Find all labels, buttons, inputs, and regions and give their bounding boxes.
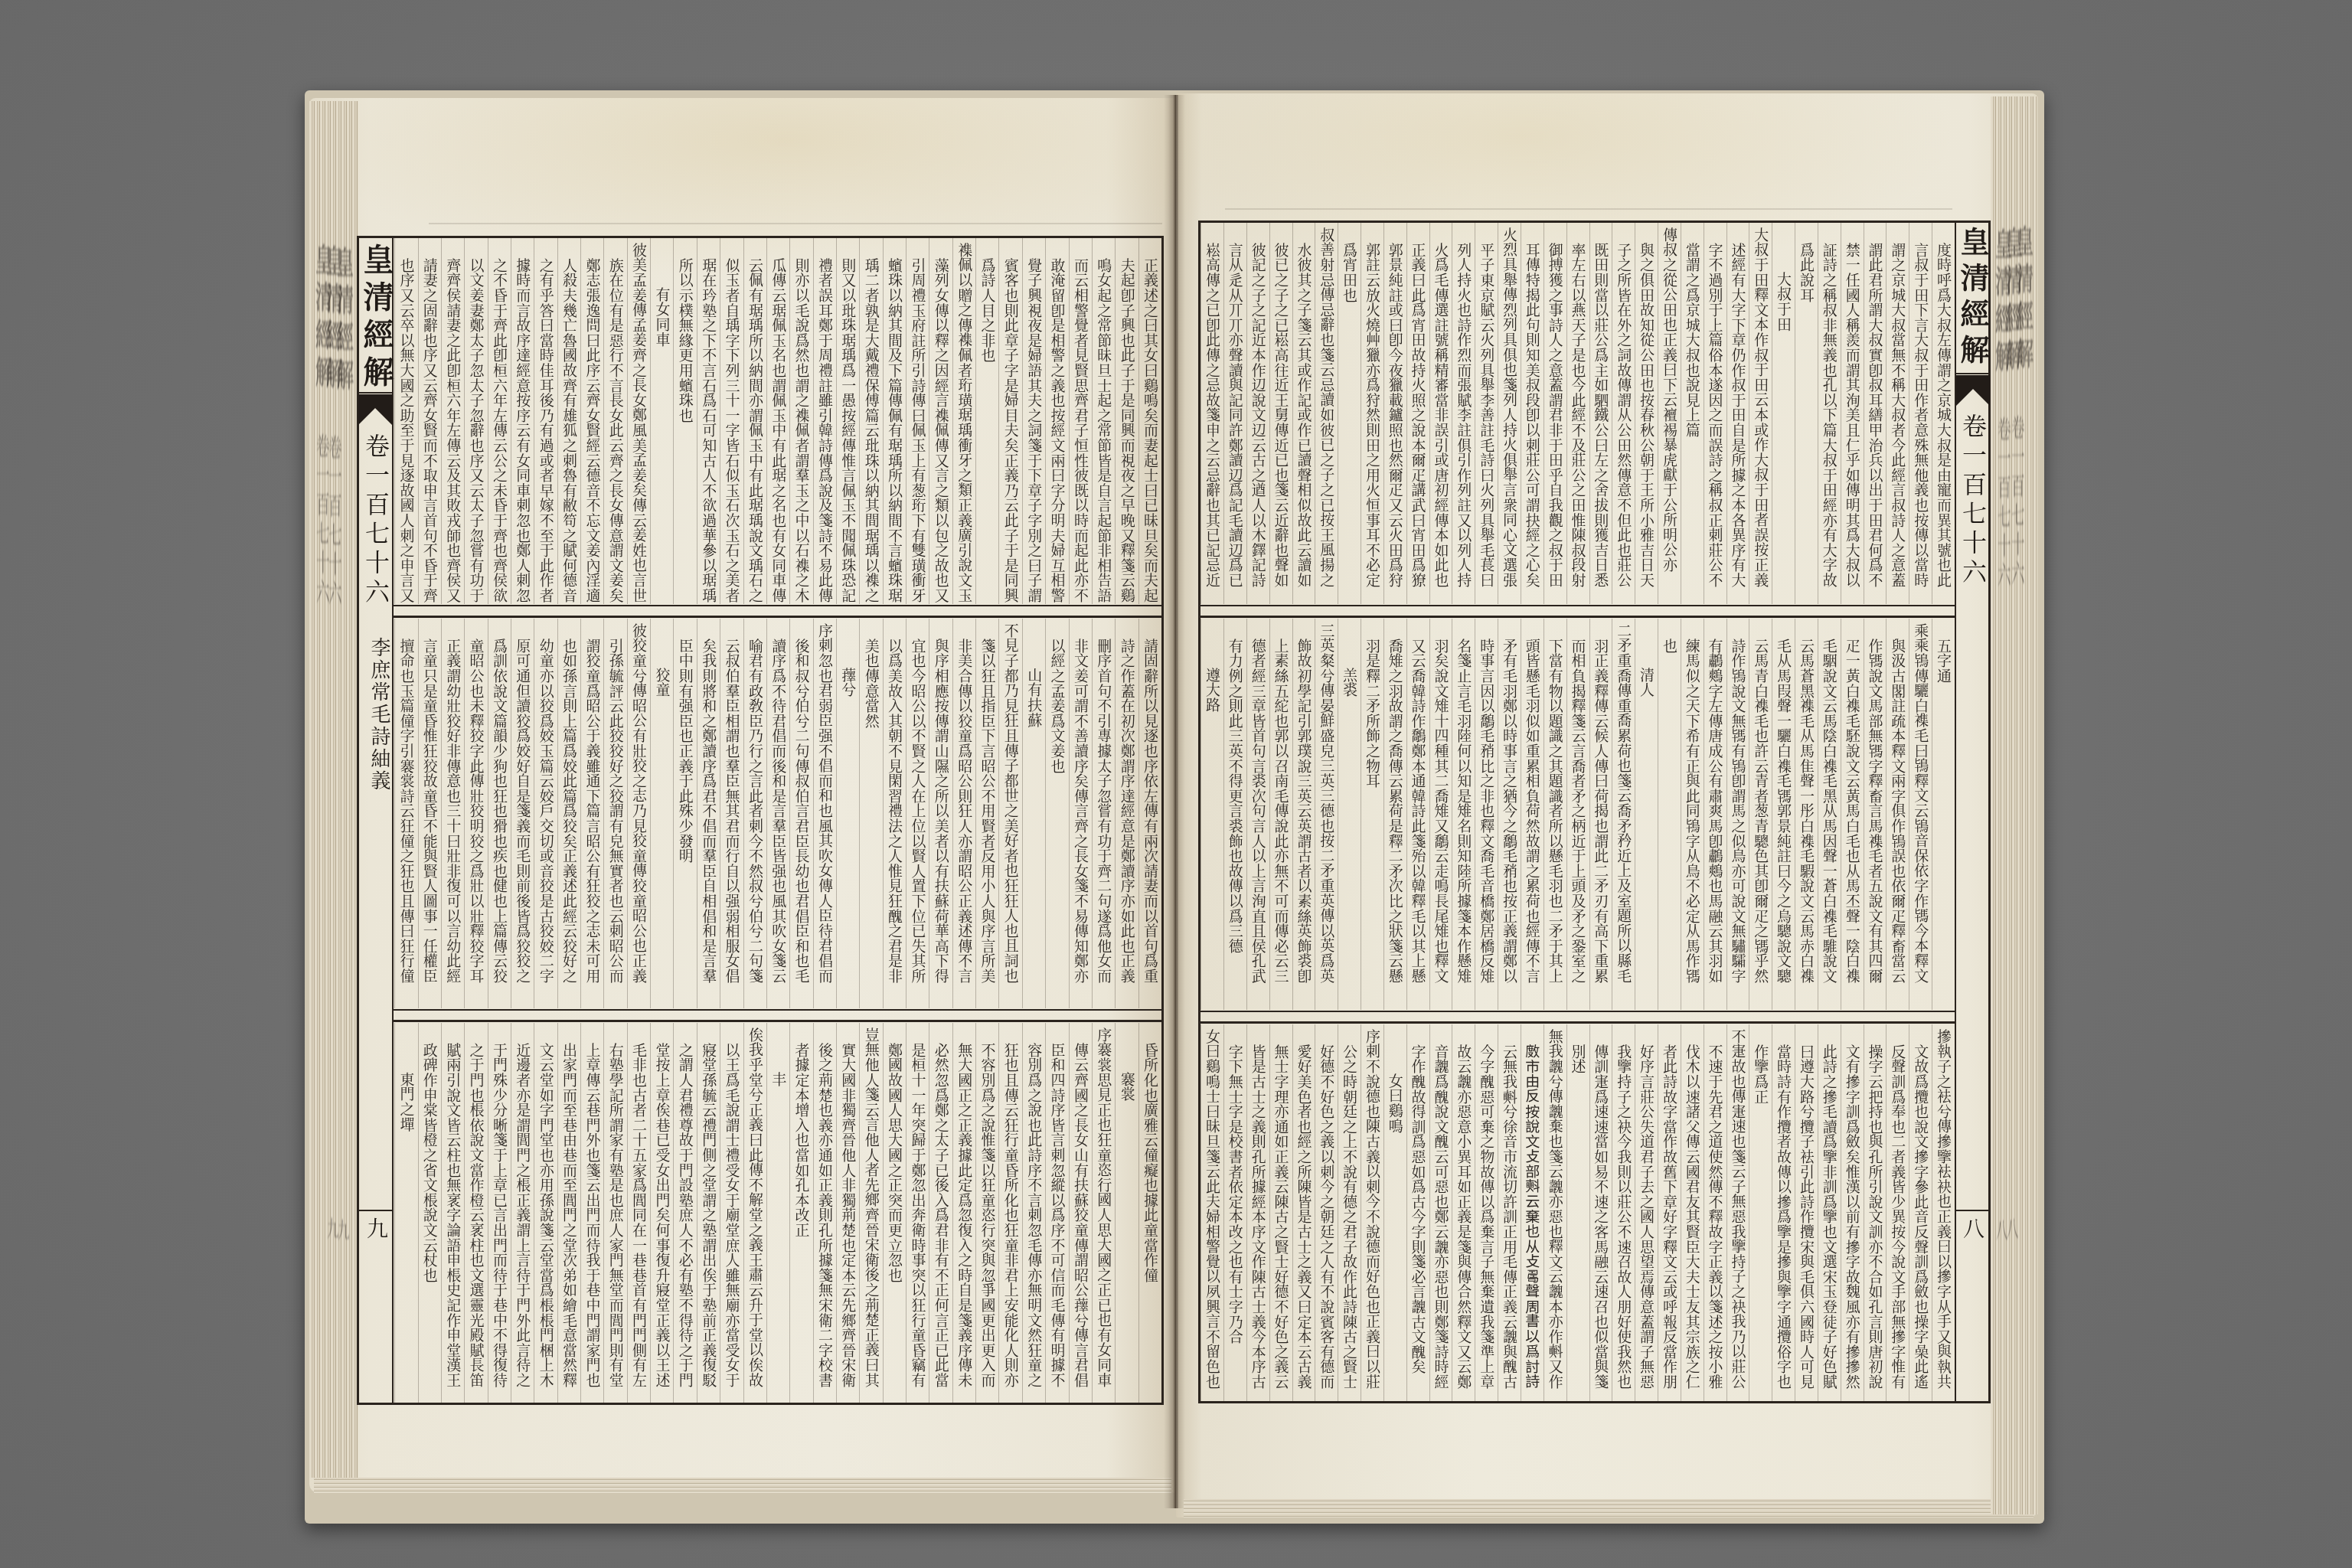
text-column: 曰遵大路兮攬子袪引此詩作攬宋與毛俱六國時人可見 bbox=[1795, 1024, 1818, 1401]
text-column: 藻列女傳以釋之因經言襍佩傳又言之類以包之故也又 bbox=[929, 238, 952, 604]
text-column: 當謂之爲京城大叔也說見上篇 bbox=[1681, 223, 1704, 604]
text-column: 郭註云放火燒艸獵亦爲狩然則田之用火恒事耳不必定 bbox=[1361, 223, 1383, 604]
text-column: 好序言莊公失道君子去之國人思望焉傳意蓋謂子無惡 bbox=[1635, 1024, 1658, 1401]
text-column: 與汲古閣註疏本釋文兩字俱作鴇誤也依爾疋釋畜當云 bbox=[1886, 619, 1909, 1010]
entry-column: 傳叔之從公田也正義曰下云襢裼暴虎獻于公所明公亦 bbox=[1658, 223, 1681, 604]
text-column: 容別爲之說也此詩序不言刺忽毛傳亦無明文然狂童之 bbox=[1022, 1023, 1045, 1403]
text-column: 據時而言故序達經意按序云有女同車刺忽也鄭人刺忽 bbox=[511, 238, 534, 604]
lower-register: 摻執子之袪兮傳摻擥袪袂也正義曰以摻字从手又與執共 文故爲攬也說文摻字參此音反聲訓… bbox=[1200, 1024, 1955, 1401]
text-column: 擅命也玉篇僮字引褰裳詩云狂僮之狂也且傳曰狂行僮 bbox=[394, 619, 417, 1008]
text-column: 請妻之固辭也序又云齊女賢而不取申言首句不昏于齊 bbox=[418, 238, 441, 604]
header-column-rule bbox=[1955, 220, 1956, 1403]
text-column: 皆是古士之義則孔所據經本序文作陳古士義今本序古 bbox=[1246, 1024, 1269, 1401]
text-column: 上章傳云巷門外也箋云出門而待我于巷中門謂家門也 bbox=[580, 1023, 603, 1403]
text-column: 既田則當以莊公爲主如駟鐵公曰左之舍拔則獲吉日悉 bbox=[1589, 223, 1612, 604]
text-column: 字下無士字是校書者依定本改之也有士字乃合 bbox=[1223, 1024, 1246, 1401]
text-column: 詩作鴇說文無駂有鴇卽謂馬之似鳥亦可說文無驌驦字 bbox=[1726, 619, 1749, 1010]
text-column: 非文姜可謂不善讀序矣傳言齊之長女箋不易傳知鄭亦 bbox=[1069, 619, 1092, 1008]
text-column: 德者經三章皆首句言裘次句言人以上言洵直且侯孔武 bbox=[1246, 619, 1269, 1010]
text-column: 近邊者亦是謂閭門之棖正義謂上言待于門外此言待之 bbox=[511, 1023, 534, 1403]
text-column: 上素絲五紽也郭以召南毛傳說此亦無不可而傳必云三 bbox=[1269, 619, 1292, 1010]
text-column: 彼已之子之已崧高往近王舅傳近已也箋云近辭也聲如 bbox=[1269, 223, 1292, 604]
text-column: 是桓十一年突歸于鄭忽出奔衛時事突以狂行童昏竊有 bbox=[906, 1023, 929, 1403]
spine-shadow bbox=[1168, 95, 1185, 1508]
text-column: 爲訓依說文篇韻少狗也狂也猾也疾也健也上篇傳云狡 bbox=[488, 619, 511, 1008]
entry-column: 女曰鷄鳴士曰昧旦箋云此夫婦相警覺以夙興言不留色也 bbox=[1200, 1024, 1223, 1401]
text-column: 作擥爲正 bbox=[1749, 1024, 1772, 1401]
page-number: 九 bbox=[365, 1217, 387, 1239]
entry-column: 不寁故也傳寁速也箋云子無惡我擥持子之袂我乃以莊公 bbox=[1726, 1024, 1749, 1401]
text-column: 覺子興視夜是婦語其夫之詞箋于下章子字別之曰子謂 bbox=[1022, 238, 1045, 604]
text-column: 矣我則將和之鄭讀序爲君不倡而羣臣自相倡和是言羣 bbox=[697, 619, 720, 1008]
text-column: 當時詩有作攬者故傳以摻爲擥是摻與擥字通攬俗字也 bbox=[1772, 1024, 1795, 1401]
text-column: 云無我㪺兮徐音市流切許訓正用毛傳正義云魗與醜古 bbox=[1498, 1024, 1521, 1401]
text-column: 右塾學記所謂家有塾是也庶人家門無堂而閭門則有堂 bbox=[603, 1023, 626, 1403]
text-column: 非美合傳以狡童爲昭公則狂人亦謂昭公正義述傳不言 bbox=[952, 619, 975, 1008]
text-column: 云馬蒼黑襍毛从馬隹聲一彤白襍毛騢說文云馬赤白襍 bbox=[1795, 619, 1818, 1010]
text-column: 寢堂孫毓云禮門側之堂謂之塾謂出俟于塾前正義復駁 bbox=[697, 1023, 720, 1403]
text-column: 則又以玭珠琚瑀爲一愚按經傳惟言佩玉不聞佩珠恐記 bbox=[836, 238, 859, 604]
middle-register: 請固辭所以見逐也序依左傳有兩次請妻而以首句爲重 詩之作蓋在初次鄭謂序達經意是鄭讀… bbox=[394, 619, 1161, 1008]
fishtail-rule bbox=[358, 392, 392, 394]
right-page-fore-edge-stack: 皇清經解 皇清經解 皇清經解 卷一百七十六 卷一百七十六 八 八 bbox=[1991, 96, 2038, 1514]
volume-label: 卷一百七十六 bbox=[1961, 413, 1985, 588]
text-column: 飾故初學記引郭璞說三英云英謂古者以素絲英飾裘卽 bbox=[1292, 619, 1315, 1010]
page-number-rule bbox=[1956, 1210, 1990, 1211]
text-column: 文有摻字訓爲斂矣惟漢以前有摻字故魏風亦有摻摻然 bbox=[1841, 1024, 1864, 1401]
text-column: 矛有毛羽鄭以時事言之猶今之鷮毛矟也按正義謂鄭以 bbox=[1498, 619, 1521, 1010]
text-column: 羽正義釋傳云候人傳曰荷揭也謂此二矛刃有高下重累 bbox=[1589, 619, 1612, 1010]
poem-title-heading: 大叔于田 bbox=[1772, 223, 1795, 604]
text-column: 昏所化也廣雅云僮癡也據此童當作僮 bbox=[1138, 1023, 1161, 1403]
text-column: 爲此說耳 bbox=[1795, 223, 1818, 604]
text-column: 言叔于田下言大叔于田作者意殊無他義也按傳以當時 bbox=[1909, 223, 1932, 604]
text-column: 謂狡童爲昭公于義雖通下篇言昭公有狂狡之志未可用 bbox=[580, 619, 603, 1008]
text-column: 言从辵从丌丌亦聲讀與記同許鄭讀辺爲記毛讀辺爲已 bbox=[1223, 223, 1246, 604]
text-column: 好德不好色之義以刺今之朝廷之人有不說賓客有德而 bbox=[1315, 1024, 1338, 1401]
poem-title-heading: 遵大路 bbox=[1200, 619, 1223, 1010]
text-column: 云馬青白襍毛也許云青者葱青驄色其卽爾疋之駂乎然 bbox=[1749, 619, 1772, 1010]
text-column: 者此詩故字當作故舊下章好字釋文云或呼報反當作朋 bbox=[1658, 1024, 1681, 1401]
text-column: 今字醜惡可棄之物故傳以爲棄言子無棄遺我箋準上章 bbox=[1475, 1024, 1498, 1401]
fore-edge-ghost-title: 皇清經解 bbox=[2015, 225, 2032, 375]
text-column: 云叔伯羣臣相謂也羣臣無其君而行自以强弱相服女倡 bbox=[720, 619, 743, 1008]
text-column: 政碑作申棠皆橙之省文棖說文云杖也 bbox=[418, 1023, 441, 1403]
text-column: 狂也且傳云狂行童昏所化也狂童非君上安能化人則亦 bbox=[998, 1023, 1021, 1403]
text-column: 名箋止言毛羽陸何以知是雉名則知陸所據箋本作懸雉 bbox=[1452, 619, 1475, 1010]
text-column: 爲宵田也 bbox=[1338, 223, 1361, 604]
entry-column: 不見子都乃見狂且傳子都世之美好者也狂狂人也且詞也 bbox=[998, 619, 1021, 1008]
text-column: 伐木以速諸父傳云國君友其賢臣大夫士友其宗族之仁 bbox=[1681, 1024, 1704, 1401]
text-column: 以爲美故入其朝不見閑習禮法之人惟見狂醜之君是非 bbox=[883, 619, 906, 1008]
text-column: 鄭志張逸問曰此序云齊女賢經云德音不忘文姜內淫適 bbox=[580, 238, 603, 604]
entry-column: 叔善射忌傳忌辭也箋云忌讀如彼已之子之已按王風揚之 bbox=[1315, 223, 1338, 604]
text-column: 子之所皆在外之詞故傳謂从公田然傳意不但此也莊公 bbox=[1612, 223, 1635, 604]
text-column: 崧高傳之已卽此傳之忌故箋申之云忌辭也其已記忌近 bbox=[1200, 223, 1223, 604]
text-column: 刪序首句不引專據太子忽嘗有功于齊二句遂爲他女而 bbox=[1092, 619, 1115, 1008]
text-column: 鄭國故國人思大國之正突而更立忽也 bbox=[883, 1023, 906, 1403]
text-column: 讀序爲不待君倡而後和是言羣臣皆强也風其吹女箋云 bbox=[766, 619, 789, 1008]
text-column: 似玉者自瑀字下列三十一字皆石似玉石次玉石之美者 bbox=[720, 238, 743, 604]
text-column: 鳴女起之常節昧旦士起之常節皆是自言起節非相告語 bbox=[1092, 238, 1115, 604]
fore-edge-ghost-volume: 卷一百七十六 bbox=[2011, 415, 2024, 590]
text-column: 彼記之子之記近本作辺說文辺云古之遒人以木鐸記詩 bbox=[1246, 223, 1269, 604]
text-column: 有鷫鷞字左傳唐成公有肅爽馬卽鷫鷞也馬融云其羽如 bbox=[1704, 619, 1726, 1010]
text-column: 出家門而至巷由巷而至閭門之堂次弟如繪毛意當然釋 bbox=[557, 1023, 580, 1403]
text-column: 引周禮玉府註所引詩傳曰佩玉上有葱珩下有雙璜衝牙 bbox=[906, 238, 929, 604]
fore-edge-ghost-page-number: 九 bbox=[337, 1219, 348, 1240]
text-column: 正義曰此爲宵田故持火照之說本爾疋講武曰宵田爲獠 bbox=[1406, 223, 1429, 604]
text-column: 疋一黃白襍毛駓說文云黃馬白毛也从馬丕聲一陰白襍 bbox=[1841, 619, 1864, 1010]
text-column: 別述 bbox=[1566, 1024, 1589, 1401]
register-divider bbox=[1200, 616, 1955, 618]
text-column: 五字通 bbox=[1932, 619, 1955, 1010]
text-column: 言童只是童昏惟狂狡故童昏不能與賢人圖事一任權臣 bbox=[418, 619, 441, 1008]
register-divider bbox=[1200, 1021, 1955, 1024]
text-column: 瑀二者孰是大戴禮保傅篇云玭珠以納其間琚瑀以襍之 bbox=[859, 238, 882, 604]
text-column: 美也傳意當然 bbox=[859, 619, 882, 1008]
text-column: 水彼其之子箋云其或作記或作已讀聲相似故此云讀如 bbox=[1292, 223, 1315, 604]
text-column: 喬雉之羽故謂之喬傳云累荷是釋二矛次比之狀箋云懸 bbox=[1383, 619, 1406, 1010]
text-column: 也 bbox=[1658, 619, 1681, 1010]
poem-title-heading: 狡童 bbox=[650, 619, 673, 1008]
text-column: 賦兩引說文皆云柱也無衺字論語申棖史記作申堂漢王 bbox=[441, 1023, 464, 1403]
text-column: 所以示樸無緣更用蠙珠也 bbox=[673, 238, 696, 604]
text-column: 正義述之曰其女曰鷄鳴矣而妻起士曰已昧旦矣而夫起 bbox=[1138, 238, 1161, 604]
book-title: 皇清經解 bbox=[1958, 227, 1987, 371]
text-column: 有力例之則此三英不得更言裘飾也故傳以爲三德 bbox=[1223, 619, 1246, 1010]
text-column: 齊齊侯請妻之此卽桓六年左傳云及其敗戎師也齊侯又 bbox=[441, 238, 464, 604]
fore-edge-ghost-volume: 卷一百七十六 bbox=[328, 435, 341, 609]
text-column: 文云堂如字門堂也亦用孫說箋云堂當爲棖棖門梱上木 bbox=[534, 1023, 557, 1403]
poem-title-heading: 丰 bbox=[766, 1023, 789, 1403]
register-divider bbox=[1200, 605, 1955, 606]
text-column: 又云喬韓詩作鷮鄭本通韓詩此箋殆以韓釋毛以其上懸 bbox=[1406, 619, 1429, 1010]
upper-register: 正義述之曰其女曰鷄鳴矣而妻起士曰已昧旦矣而夫起 夫起卽子興也此子于是同興而視夜之… bbox=[394, 238, 1161, 604]
text-column: 毛駰說文云馬陰白襍毛黑从馬因聲一蒼白襍毛騅說文 bbox=[1818, 619, 1841, 1010]
entry-column: 豈無他人箋云言他人者先鄉齊晉宋衛後之荊楚正義曰其 bbox=[859, 1023, 882, 1403]
entry-column: 二矛重喬傳重喬累荷也箋云喬矛矜近上及室題所以縣毛 bbox=[1612, 619, 1635, 1010]
entry-column: 序刺忽也君弱臣强不倡而和也風其吹女傳人臣待君倡而 bbox=[813, 619, 836, 1008]
poem-title-heading: 褰裳 bbox=[1115, 1023, 1138, 1403]
text-column: 賓客也則此章子字是婦目夫矣正義乃云此子于是同興 bbox=[998, 238, 1021, 604]
entry-column: 無我魗兮傳魗棄也箋云魗亦惡也釋文云魗本亦作㪺又作 bbox=[1543, 1024, 1566, 1401]
text-column: 謂之京城大叔當無不稱大叔者今此經言叔詩人之意蓋 bbox=[1886, 223, 1909, 604]
text-column: 則亦以毛說爲然也謂之襍佩者謂羣玉之中以石襍之木 bbox=[789, 238, 812, 604]
show-through-line bbox=[1225, 208, 1952, 210]
header-column-rule bbox=[392, 236, 394, 1405]
middle-register: 五字通 乘乘鴇傳驪白襍毛曰鴇釋文云鴇音保依字作駂今本釋文 與汲古閣註疏本釋文兩字… bbox=[1200, 619, 1955, 1010]
text-column: 御搏獲之事詩人之意蓋謂君非于田乎自我觀之叔于田 bbox=[1543, 223, 1566, 604]
text-column: 練馬似之天下希有正與此同鴇字从鳥不必定从馬作駂 bbox=[1681, 619, 1704, 1010]
text-column: 時事言因以鷮毛矟比之非也釋文喬毛音橋鄭居橋反雉 bbox=[1475, 619, 1498, 1010]
text-column: 也序又云卒以無大國之助至于見逐故國人刺之申言又 bbox=[394, 238, 417, 604]
text-column: 夫起卽子興也此子于是同興而視夜之早晚又釋箋云鷄 bbox=[1115, 238, 1138, 604]
register-divider bbox=[394, 616, 1162, 618]
entry-column: 序刺不說德也陳古義以刺今不說德而好色也正義曰以莊 bbox=[1361, 1024, 1383, 1401]
register-divider bbox=[394, 1020, 1162, 1022]
fore-edge-ghost-volume: 卷一百七十六 bbox=[1997, 416, 2011, 591]
entry-column: 彼美孟姜傳孟姜齊之長女鄭風美孟姜矣傳云姜姓也言世 bbox=[627, 238, 650, 604]
text-column: 臣中則有强臣也正義于此殊少發明 bbox=[673, 619, 696, 1008]
text-column: 度時呼爲大叔左傳謂之京城大叔是由寵而異其號也此 bbox=[1932, 223, 1955, 604]
text-column: 臣和四詩序皆言刺忽縱以爲序不可信而毛傳有明據不 bbox=[1045, 1023, 1068, 1403]
text-column: 謂此君所謂大叔實卽叔耳繕甲治兵以出于田君何爲不 bbox=[1864, 223, 1886, 604]
page-number: 八 bbox=[1962, 1217, 1983, 1239]
text-column: 公之時朝廷之上不說有德之君子故作此詩陳古之賢士 bbox=[1338, 1024, 1361, 1401]
poem-title-heading: 山有扶蘇 bbox=[1022, 619, 1045, 1008]
lower-register: 昏所化也廣雅云僮癡也據此童當作僮 褰裳 序褰裳思見正也狂童恣行國人思大國之正已也… bbox=[394, 1023, 1161, 1403]
entry-column: 序褰裳思見正也狂童恣行國人思大國之正已也有女同車 bbox=[1092, 1023, 1115, 1403]
text-column: 毛非也古者二十五家爲閭同在一巷巷首有門門側有左 bbox=[627, 1023, 650, 1403]
text-column: 禮者誤耳鄭于周禮註雖引韓詩傳爲說及箋詩不易此傳 bbox=[813, 238, 836, 604]
text-column: 𢾅市由反按說文攴部㪺云棄也从攴𠷎聲周書以爲討詩 bbox=[1521, 1024, 1543, 1401]
text-column: 頭皆懸毛羽似如重累相負荷然故謂之累荷也經傳不言 bbox=[1521, 619, 1543, 1010]
text-column: 人殺夫幾亡魯國故齊有雄狐之刺魯有敝笱之賦何德音 bbox=[557, 238, 580, 604]
text-column: 喻君有政敎臣乃行之言此者刺今不然叔兮伯兮二句箋 bbox=[743, 619, 766, 1008]
text-column: 也如孫言則上篇爲姣此篇爲狡矣正義述此經云狡好之 bbox=[557, 619, 580, 1008]
text-column: 童昭公也未釋狡字此傳壯狡明狡之爲壯以壯釋狡字耳 bbox=[464, 619, 487, 1008]
book-title: 皇清經解 bbox=[361, 243, 391, 394]
text-column: 愛好美色者也經之所陳皆是古士之義又曰定本云古義 bbox=[1292, 1024, 1315, 1401]
text-column: 作駂說文馬部無駂字釋畜言馬襍毛者五說文有其四爾 bbox=[1864, 619, 1886, 1010]
text-column: 琚在玪塾之下不言石爲石可知古人不欲過華參以琚瑀 bbox=[697, 238, 720, 604]
poem-title-heading: 有女同車 bbox=[650, 238, 673, 604]
text-column: 實大國非獨齊晉他人非獨荊楚也定本云先鄉齊晉宋衛 bbox=[836, 1023, 859, 1403]
text-column: 以經之孟姜爲文姜也 bbox=[1045, 619, 1068, 1008]
text-column: 音魗爲醜說文醜云可惡也鄭云魗亦惡也則鄭箋詩時經 bbox=[1429, 1024, 1452, 1401]
text-column: 下當有物以題識之其題識者所以懸毛羽也二矛于其上 bbox=[1543, 619, 1566, 1010]
text-column: 于門殊少分晰箋于上章已言出門而待于巷中不得復待 bbox=[488, 1023, 511, 1403]
text-column: 與之俱田故知從公田也按春秋公朝于王所小雅吉日天 bbox=[1635, 223, 1658, 604]
right-page-bottom-edge-stack bbox=[1184, 1499, 2033, 1517]
text-column: 堂按上章俟巷已受女出門矣何事復升寢堂正義以王述 bbox=[650, 1023, 673, 1403]
text-column: 與序相應按傳謂山隰之所以美者以有扶蘇荷華高下得 bbox=[929, 619, 952, 1008]
text-column: 字作醜故得訓爲惡如爲古今字則箋必言魗古文醜矣 bbox=[1406, 1024, 1429, 1401]
text-column: 傳云齊國之長女山有扶蘇狡童傳謂昭公蘀兮傳言君倡 bbox=[1069, 1023, 1092, 1403]
volume-label: 卷一百七十六 bbox=[364, 433, 388, 608]
text-column: 不容別爲之說惟箋以狂童恣行突與忽爭國更出更入而 bbox=[975, 1023, 998, 1403]
text-column: 宜也今昭公以不賢之人在上位以賢人置下位已失其所 bbox=[906, 619, 929, 1008]
text-column: 以文姜妻鄭太子忽太子忽辭也序又云太子忽嘗有功于 bbox=[464, 238, 487, 604]
text-column: 云佩有琚瑀所以納間亦謂佩玉中有此琚瑀說文瑀石之 bbox=[743, 238, 766, 604]
text-column: 而云相警覺者見賢思齊君子恒性彼既以時而起此亦不 bbox=[1069, 238, 1092, 604]
text-column: 敢淹留卽是相警之義也按經文兩曰字分明夫婦互相警 bbox=[1045, 238, 1068, 604]
text-column: 原可通但讀狡爲姣好自是箋義而毛則前後皆爲狡狡之 bbox=[511, 619, 534, 1008]
text-column: 之于門也棖依說文當作橙云衺柱也文選靈光殿賦長笛 bbox=[464, 1023, 487, 1403]
text-column: 証詩之稱叔非無義也孔以下篇大叔于田經亦有大字故 bbox=[1818, 223, 1841, 604]
text-column: 禁一任國人稱羨而謂其洵美且仁乎如傳明其爲大叔以 bbox=[1841, 223, 1864, 604]
text-column: 列人持火也詩作烈而張賦李註俱引作列註又以列人持 bbox=[1452, 223, 1475, 604]
text-column: 族在位有是惡行不言長女此云齊之長女傳意謂文姜矣 bbox=[603, 238, 626, 604]
text-column: 毛从馬叚聲一驪白襍毛駂郭景純註曰今之烏驄說文驄 bbox=[1772, 619, 1795, 1010]
left-page-bottom-edge-stack bbox=[314, 1478, 1171, 1493]
entry-column: 摻執子之袪兮傳摻擥袪袂也正義曰以摻字从手又與執共 bbox=[1932, 1024, 1955, 1401]
text-column: 爲詩人目之非也 bbox=[975, 238, 998, 604]
entry-column: 彼狡童兮傳昭公有壯狡之志乃見狡童傳狡童昭公也正義 bbox=[627, 619, 650, 1008]
poem-title-heading: 東門之墠 bbox=[394, 1023, 417, 1403]
text-column: 傳訓寁爲速速當如易不速之客馬融云速召也似當與箋 bbox=[1589, 1024, 1612, 1401]
poem-title-heading: 女曰鷄鳴 bbox=[1383, 1024, 1406, 1401]
text-column: 述經有大字下章仍作叔于田自是所據之本各異序有大 bbox=[1726, 223, 1749, 604]
text-column: 郭景純註或曰卽今夜獵載鑪照也然爾疋又云火田爲狩 bbox=[1383, 223, 1406, 604]
text-column: 耳傳特揭此句則知美叔段卽以刺莊公可謂抉經之心矣 bbox=[1521, 223, 1543, 604]
text-column: 詩之作蓋在初次鄭謂序達經意是鄭讀序亦如此也正義 bbox=[1115, 619, 1138, 1008]
poem-title-heading: 清人 bbox=[1635, 619, 1658, 1010]
page-number-rule bbox=[358, 1210, 392, 1211]
text-column: 羽矣說文雉十四種其二喬雉又鷮云走鳴長尾雉也釋文 bbox=[1429, 619, 1452, 1010]
upper-register: 度時呼爲大叔左傳謂之京城大叔是由寵而異其號也此 言叔于田下言大叔于田作者意殊無他… bbox=[1200, 223, 1955, 604]
text-column: 火爲毛傳選註號稱精審當非誤引或唐初經傳本如此也 bbox=[1429, 223, 1452, 604]
text-column: 瓜傳云琚佩玉名也謂佩玉中有此琚之名也有女同車傳 bbox=[766, 238, 789, 604]
entry-column: 俟我乎堂兮正義曰此傳不解堂之義王肅云升于堂以俟故 bbox=[743, 1023, 766, 1403]
text-column: 此詩之摻毛讀爲擥非訓爲擥也文選宋玉登徒子好色賦 bbox=[1818, 1024, 1841, 1401]
fore-edge-ghost-page-number: 八 bbox=[2006, 1217, 2017, 1239]
show-through-line bbox=[429, 223, 1162, 224]
text-column: 之謂人君禮尊故于門設塾庶人不必有塾不得待之于門 bbox=[673, 1023, 696, 1403]
entry-column: 乘乘鴇傳驪白襍毛曰鴇釋文云鴇音保依字作駂今本釋文 bbox=[1909, 619, 1932, 1010]
text-column: 者據定本增入也當如孔本改正 bbox=[789, 1023, 812, 1403]
text-column: 正義謂幼壯狡好非傳意也三十曰壯非復可以言幼此經 bbox=[441, 619, 464, 1008]
entry-column: 三英粲兮傳晏鮮盛皃三英三德也按二矛重英傳以英爲英 bbox=[1315, 619, 1338, 1010]
text-column: 故云魗亦惡意小異耳如正義是箋與傳合然釋文又云鄭 bbox=[1452, 1024, 1475, 1401]
text-column: 率左右以燕天子是也今此經不及莊公之田惟陳叔段射 bbox=[1566, 223, 1589, 604]
text-column: 箋以狂且指臣下言昭公不用賢者反用小人與序言所美 bbox=[975, 619, 998, 1008]
text-column: 必然忽爲鄭之太子已後入爲君非有不正何言正已此當 bbox=[929, 1023, 952, 1403]
register-divider bbox=[1200, 1011, 1955, 1012]
text-column: 而相負揭釋箋云言喬者矛之柄近于上頭及矛之銎室之 bbox=[1566, 619, 1589, 1010]
text-column: 幼童亦以狡爲姣玉篇云姣戶交切或音狡是古狡姣二字 bbox=[534, 619, 557, 1008]
entry-column: 襍佩以贈之傳襍佩者珩璜琚瑀衝牙之類正義廣引說文玉 bbox=[952, 238, 975, 604]
text-column: 羽是釋二矛所飾之物耳 bbox=[1361, 619, 1383, 1010]
register-divider bbox=[394, 1009, 1162, 1011]
text-column: 蠙珠以納其間及下篇傳佩有琚瑀所以納間不言蠙珠琚 bbox=[883, 238, 906, 604]
text-column: 反聲訓爲奉也二者義皆少異按今說文手部無摻字惟有 bbox=[1886, 1024, 1909, 1401]
text-column: 不速于先君之道使然傳不釋故字正義以箋述之按小雅 bbox=[1704, 1024, 1726, 1401]
work-title: 李庶常毛詩紬義 bbox=[369, 637, 389, 792]
entry-column: 大叔于田釋文本作叔于田云本或作大叔于田者誤按正義 bbox=[1749, 223, 1772, 604]
text-column: 之不昏于齊此卽桓六年左傳云公之未昏于齊也齊侯欲 bbox=[488, 238, 511, 604]
fore-edge-ghost-title: 皇清經解 bbox=[335, 247, 352, 397]
text-column: 文故爲攬也說文摻字參此音反聲訓爲斂也操字喿此遙 bbox=[1909, 1024, 1932, 1401]
text-column: 平子東京賦云火列具舉李善註毛詩曰火列具舉毛萇曰 bbox=[1475, 223, 1498, 604]
text-column: 後和叔兮伯兮二句傳叔伯言君臣長幼也君倡臣和也毛 bbox=[789, 619, 812, 1008]
left-page-fore-edge-stack: 皇清經解 皇清經解 皇清經解 卷一百七十六 卷一百七十六 九 九 bbox=[309, 101, 358, 1478]
poem-title-heading: 蘀兮 bbox=[836, 619, 859, 1008]
text-column: 無士字理亦通如正義云陳古之賢士好德不好色之義云 bbox=[1269, 1024, 1292, 1401]
entry-column: 火烈具舉傳烈列具俱也箋列人持火俱舉言衆同心文選張 bbox=[1498, 223, 1521, 604]
text-column: 後之荊楚也義亦通如正義則孔所據箋無宋衛二字校書 bbox=[813, 1023, 836, 1403]
text-column: 無大國正之正義據此定爲忽復入之時自是箋義序傳未 bbox=[952, 1023, 975, 1403]
text-column: 以王爲毛說謂士禮受女于廟堂庶人雖無廟亦當受女于 bbox=[720, 1023, 743, 1403]
register-divider bbox=[394, 605, 1162, 606]
text-column: 我擥持子之袂今我則以莊公不速召故人朋好使我然也 bbox=[1612, 1024, 1635, 1401]
text-column: 之有乎答曰當時佳耳後乃有過或者早嫁不至于此作者 bbox=[534, 238, 557, 604]
text-column: 引孫毓評云此狡狡好之狡謂有皃無實者也云刺昭公而 bbox=[603, 619, 626, 1008]
fishtail-rule bbox=[1956, 373, 1990, 374]
text-column: 請固辭所以見逐也序依左傳有兩次請妻而以首句爲重 bbox=[1138, 619, 1161, 1008]
text-column: 字不過別于上篇俗本遂因之而誤詩之稱叔正刺莊公不 bbox=[1704, 223, 1726, 604]
text-column: 操字云把持也與孔所引說文訓亦不合如孔言則唐初說 bbox=[1864, 1024, 1886, 1401]
poem-title-heading: 羔裘 bbox=[1338, 619, 1361, 1010]
